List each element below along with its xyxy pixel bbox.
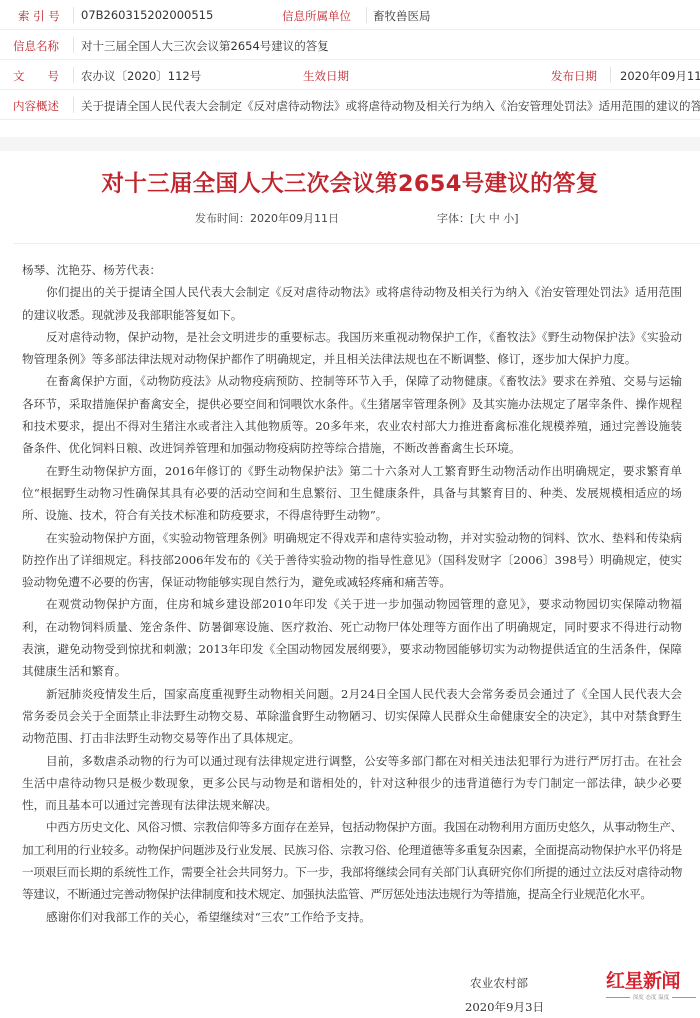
signature-org: 农业农村部	[470, 975, 528, 991]
font-large-button[interactable]: 大	[474, 212, 485, 225]
effective-date-label: 生效日期	[303, 68, 349, 84]
paragraph: 在畜禽保护方面，《动物防疫法》从动物疫病预防、控制等环节入手，保障了动物健康。《…	[22, 370, 682, 459]
name-label: 信息名称	[13, 38, 59, 54]
paragraph: 中西方历史文化、风俗习惯、宗教信仰等多方面存在差异，包括动物保护方面。我国在动物…	[22, 816, 682, 905]
paragraph: 新冠肺炎疫情发生后，国家高度重视野生动物相关问题。2月24日全国人民代表大会常务…	[22, 683, 682, 750]
meta-row-index: 索 引 号 07B260315202000515 信息所属单位 畜牧兽医局	[0, 0, 700, 30]
font-size-label: 字体：	[437, 212, 470, 225]
decorative-line	[672, 997, 696, 998]
metadata-table: 索 引 号 07B260315202000515 信息所属单位 畜牧兽医局 信息…	[0, 0, 700, 120]
name-value: 对十三届全国人大三次会议第2654号建议的答复	[81, 38, 329, 54]
article-body: 杨琴、沈艳芬、杨芳代表： 你们提出的关于提请全国人民代表大会制定《反对虐待动物法…	[22, 259, 682, 928]
publish-date-label: 发布日期	[551, 68, 597, 84]
brand-logo: 红星新闻	[606, 966, 696, 993]
paragraph: 你们提出的关于提请全国人民代表大会制定《反对虐待动物法》或将虐待动物及相关行为纳…	[22, 281, 682, 326]
header-divider	[14, 243, 700, 244]
doc-value: 农办议〔2020〕112号	[81, 68, 201, 84]
paragraph: 感谢你们对我部工作的关心，希望继续对“三农”工作给予支持。	[22, 906, 682, 928]
summary-label: 内容概述	[13, 98, 59, 114]
decorative-line	[606, 997, 630, 998]
unit-value: 畜牧兽医局	[373, 8, 431, 24]
section-separator	[0, 137, 700, 151]
font-medium-button[interactable]: 中	[489, 212, 500, 225]
summary-value: 关于提请全国人民代表大会制定《反对虐待动物法》或将虐待动物及相关行为纳入《治安管…	[81, 98, 700, 114]
brand-slogan: 深度 态度 温度	[633, 993, 670, 1001]
divider	[73, 67, 74, 83]
font-small-button[interactable]: 小	[503, 212, 514, 225]
divider	[366, 7, 367, 23]
paragraph: 在观赏动物保护方面，住房和城乡建设部2010年印发《关于进一步加强动物园管理的意…	[22, 593, 682, 682]
paragraph: 反对虐待动物，保护动物，是社会文明进步的重要标志。我国历来重视动物保护工作，《畜…	[22, 326, 682, 371]
brand-slogan-row: 深度 态度 温度	[606, 993, 696, 1001]
meta-row-doc: 文 号 农办议〔2020〕112号 生效日期 发布日期 2020年09月11日	[0, 60, 700, 90]
publish-time: 发布时间：2020年09月11日	[195, 210, 339, 226]
bracket: ]	[514, 212, 518, 225]
unit-label: 信息所属单位	[282, 8, 351, 24]
article-title: 对十三届全国人大三次会议第2654号建议的答复	[0, 166, 700, 198]
paragraph: 目前，多数虐杀动物的行为可以通过现有法律规定进行调整，公安等多部门都在对相关违法…	[22, 750, 682, 817]
salutation: 杨琴、沈艳芬、杨芳代表：	[22, 259, 682, 281]
index-label: 索 引 号	[18, 8, 60, 24]
divider	[73, 7, 74, 23]
divider	[73, 37, 74, 53]
watermark-logo: 红星新闻 深度 态度 温度	[606, 966, 696, 1001]
divider	[610, 67, 611, 83]
font-size-controls: 字体：[大 中 小]	[437, 210, 519, 226]
meta-row-name: 信息名称 对十三届全国人大三次会议第2654号建议的答复	[0, 30, 700, 60]
publish-date-value: 2020年09月11日	[620, 68, 700, 84]
index-value: 07B260315202000515	[81, 8, 213, 22]
doc-label: 文 号	[13, 68, 59, 84]
paragraph: 在野生动物保护方面，2016年修订的《野生动物保护法》第二十六条对人工繁育野生动…	[22, 460, 682, 527]
signature-date: 2020年9月3日	[465, 999, 544, 1015]
paragraph: 在实验动物保护方面，《实验动物管理条例》明确规定不得戏弄和虐待实验动物，并对实验…	[22, 527, 682, 594]
divider	[73, 97, 74, 113]
meta-row-summary: 内容概述 关于提请全国人民代表大会制定《反对虐待动物法》或将虐待动物及相关行为纳…	[0, 90, 700, 120]
